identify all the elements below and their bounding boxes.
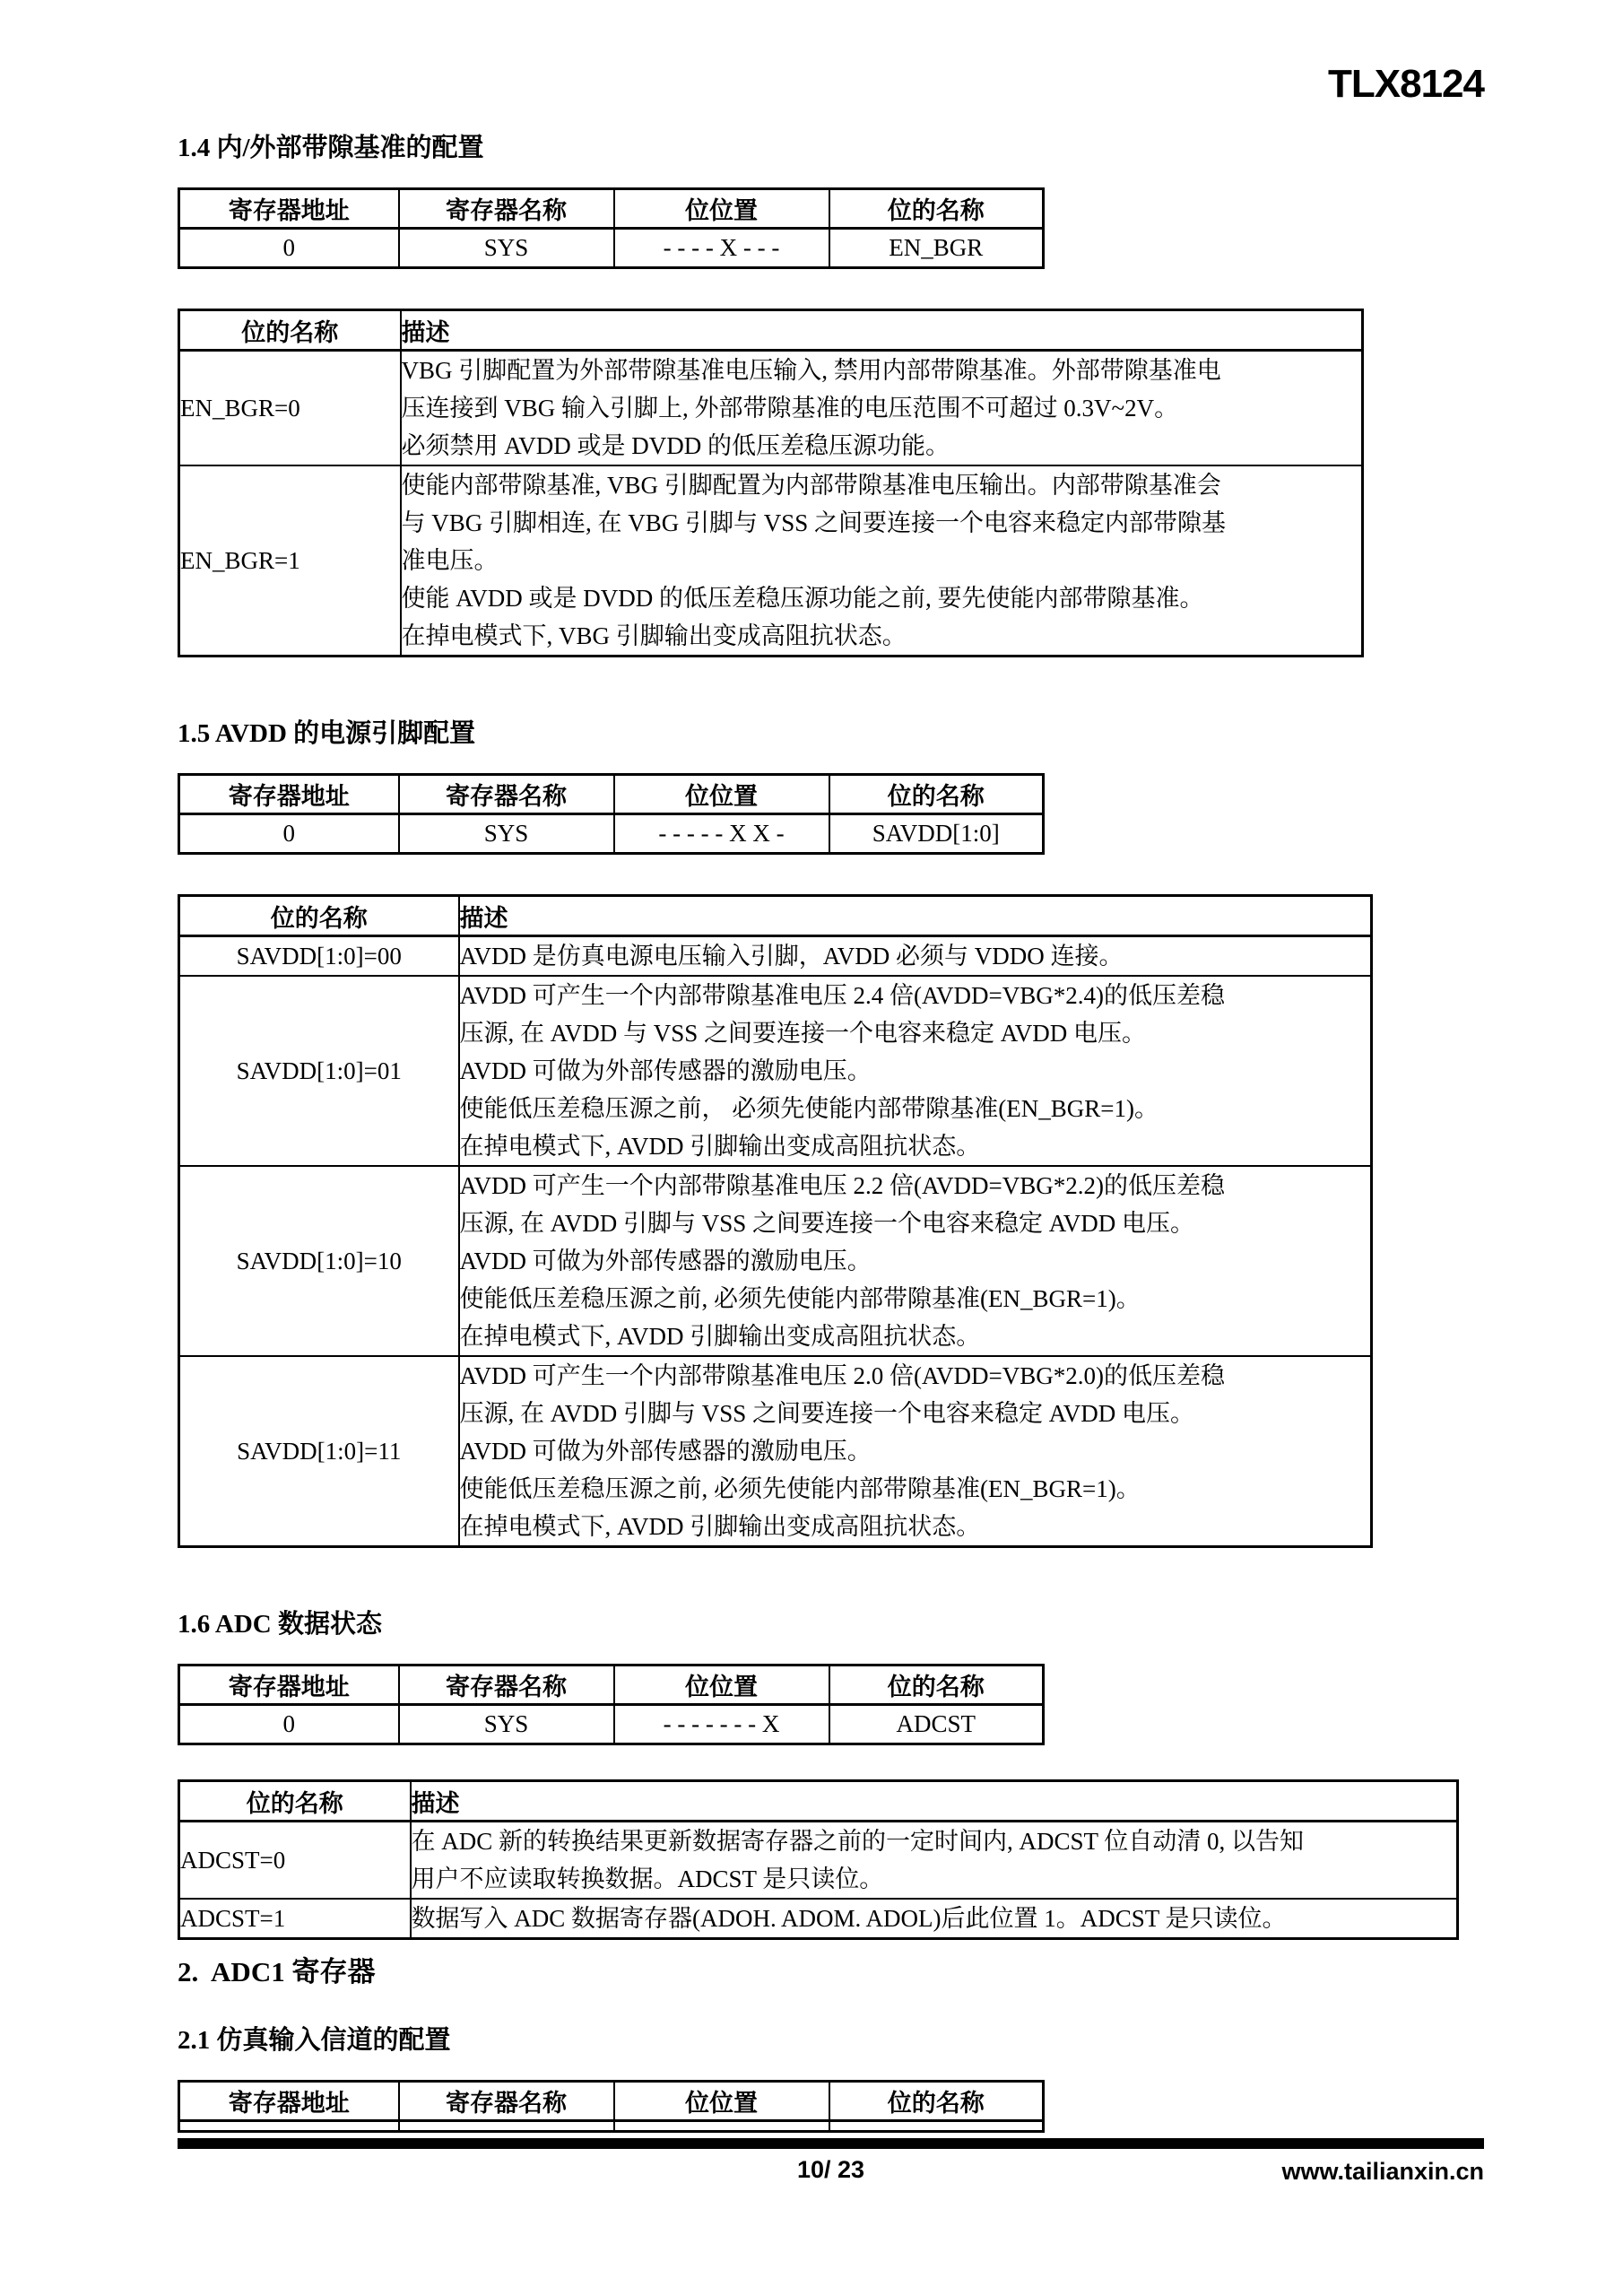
table-header-row: 位的名称 描述	[179, 1781, 1458, 1822]
table-row: 0 SYS - - - - X - - - EN_BGR	[179, 229, 1044, 268]
section-1-5: 1.5 AVDD 的电源引脚配置 寄存器地址 寄存器名称 位位置 位的名称 0 …	[178, 713, 1487, 1548]
empty-cell	[614, 2121, 829, 2132]
col-header-bit-position: 位位置	[614, 189, 829, 229]
bit-position-cell: - - - - - X X -	[614, 814, 829, 854]
reg-address-cell: 0	[179, 1705, 399, 1744]
table-row: SAVDD[1:0]=11 AVDD 可产生一个内部带隙基准电压 2.0 倍(A…	[179, 1356, 1372, 1547]
bit-name-cell: SAVDD[1:0]	[829, 814, 1044, 854]
col-header-bit-name: 位的名称	[179, 896, 459, 936]
col-header-bit-name: 位的名称	[829, 2082, 1044, 2121]
reg-name-cell: SYS	[399, 1705, 614, 1744]
website-url: www.tailianxin.cn	[1281, 2158, 1484, 2186]
bit-value-cell: SAVDD[1:0]=11	[179, 1356, 459, 1547]
page-content: TLX8124 1.4 内/外部带隙基准的配置 寄存器地址 寄存器名称 位位置 …	[178, 0, 1487, 2192]
section-1-5-title: 1.5 AVDD 的电源引脚配置	[178, 713, 1487, 750]
col-header-description: 描述	[411, 1781, 1458, 1822]
bit-position-cell: - - - - X - - -	[614, 229, 829, 268]
table-row: SAVDD[1:0]=00 AVDD 是仿真电源电压输入引脚，AVDD 必须与 …	[179, 936, 1372, 977]
section-1-4: 1.4 内/外部带隙基准的配置 寄存器地址 寄存器名称 位位置 位的名称 0 S…	[178, 127, 1487, 657]
description-table-1-4: 位的名称 描述 EN_BGR=0 VBG 引脚配置为外部带隙基准电压输入, 禁用…	[178, 309, 1364, 657]
description-cell: AVDD 可产生一个内部带隙基准电压 2.0 倍(AVDD=VBG*2.0)的低…	[459, 1356, 1372, 1547]
bit-value-cell: ADCST=1	[179, 1899, 411, 1939]
col-header-bit-position: 位位置	[614, 1665, 829, 1705]
table-header-row: 寄存器地址 寄存器名称 位位置 位的名称	[179, 189, 1044, 229]
empty-cell	[179, 2121, 399, 2132]
table-row: 0 SYS - - - - - - - X ADCST	[179, 1705, 1044, 1744]
register-table-1-5: 寄存器地址 寄存器名称 位位置 位的名称 0 SYS - - - - - X X…	[178, 773, 1045, 855]
empty-cell	[399, 2121, 614, 2132]
register-table-1-6: 寄存器地址 寄存器名称 位位置 位的名称 0 SYS - - - - - - -…	[178, 1664, 1045, 1745]
section-1-4-title: 1.4 内/外部带隙基准的配置	[178, 127, 1487, 164]
document-page: TLX8124 1.4 内/外部带隙基准的配置 寄存器地址 寄存器名称 位位置 …	[0, 0, 1623, 2296]
empty-cell	[829, 2121, 1044, 2132]
description-cell: AVDD 是仿真电源电压输入引脚，AVDD 必须与 VDDO 连接。	[459, 936, 1372, 977]
footer-divider-bar	[178, 2138, 1484, 2149]
description-cell: AVDD 可产生一个内部带隙基准电压 2.4 倍(AVDD=VBG*2.4)的低…	[459, 976, 1372, 1166]
table-row-cutoff	[179, 2121, 1044, 2132]
col-header-reg-name: 寄存器名称	[399, 1665, 614, 1705]
section-1-6: 1.6 ADC 数据状态 寄存器地址 寄存器名称 位位置 位的名称 0 SYS …	[178, 1604, 1487, 1940]
table-row: 0 SYS - - - - - X X - SAVDD[1:0]	[179, 814, 1044, 854]
bit-value-cell: EN_BGR=0	[179, 351, 401, 466]
table-row: EN_BGR=1 使能内部带隙基准, VBG 引脚配置为内部带隙基准电压输出。内…	[179, 465, 1363, 657]
col-header-reg-address: 寄存器地址	[179, 189, 399, 229]
col-header-bit-name: 位的名称	[829, 1665, 1044, 1705]
bit-value-cell: EN_BGR=1	[179, 465, 401, 657]
bit-value-cell: SAVDD[1:0]=01	[179, 976, 459, 1166]
col-header-reg-name: 寄存器名称	[399, 775, 614, 814]
table-row: SAVDD[1:0]=01 AVDD 可产生一个内部带隙基准电压 2.4 倍(A…	[179, 976, 1372, 1166]
description-cell: 在 ADC 新的转换结果更新数据寄存器之前的一定时间内, ADCST 位自动清 …	[411, 1822, 1458, 1900]
footer: 10/ 23 www.tailianxin.cn	[178, 2152, 1484, 2192]
col-header-reg-address: 寄存器地址	[179, 2082, 399, 2121]
header-row: TLX8124	[178, 0, 1484, 106]
bit-position-cell: - - - - - - - X	[614, 1705, 829, 1744]
section-2-1-title: 2.1 仿真输入信道的配置	[178, 2020, 1487, 2057]
table-header-row: 寄存器地址 寄存器名称 位位置 位的名称	[179, 1665, 1044, 1705]
table-header-row: 寄存器地址 寄存器名称 位位置 位的名称	[179, 775, 1044, 814]
col-header-reg-name: 寄存器名称	[399, 189, 614, 229]
table-row: ADCST=0 在 ADC 新的转换结果更新数据寄存器之前的一定时间内, ADC…	[179, 1822, 1458, 1900]
col-header-description: 描述	[459, 896, 1372, 936]
bit-name-cell: EN_BGR	[829, 229, 1044, 268]
bit-value-cell: ADCST=0	[179, 1822, 411, 1900]
bit-value-cell: SAVDD[1:0]=10	[179, 1166, 459, 1356]
description-table-1-6: 位的名称 描述 ADCST=0 在 ADC 新的转换结果更新数据寄存器之前的一定…	[178, 1779, 1459, 1940]
bit-name-cell: ADCST	[829, 1705, 1044, 1744]
bit-value-cell: SAVDD[1:0]=00	[179, 936, 459, 977]
reg-name-cell: SYS	[399, 229, 614, 268]
table-row: ADCST=1 数据写入 ADC 数据寄存器(ADOH. ADOM. ADOL)…	[179, 1899, 1458, 1939]
col-header-reg-address: 寄存器地址	[179, 1665, 399, 1705]
description-cell: 使能内部带隙基准, VBG 引脚配置为内部带隙基准电压输出。内部带隙基准会 与 …	[401, 465, 1363, 657]
section-2-title: 2. ADC1 寄存器	[178, 1949, 1487, 1989]
col-header-bit-name: 位的名称	[829, 775, 1044, 814]
col-header-bit-position: 位位置	[614, 775, 829, 814]
section-1-6-title: 1.6 ADC 数据状态	[178, 1604, 1487, 1640]
table-row: EN_BGR=0 VBG 引脚配置为外部带隙基准电压输入, 禁用内部带隙基准。外…	[179, 351, 1363, 466]
col-header-reg-address: 寄存器地址	[179, 775, 399, 814]
col-header-description: 描述	[401, 310, 1363, 351]
col-header-bit-name: 位的名称	[179, 310, 401, 351]
col-header-bit-position: 位位置	[614, 2082, 829, 2121]
col-header-bit-name: 位的名称	[179, 1781, 411, 1822]
description-cell: AVDD 可产生一个内部带隙基准电压 2.2 倍(AVDD=VBG*2.2)的低…	[459, 1166, 1372, 1356]
description-cell: 数据写入 ADC 数据寄存器(ADOH. ADOM. ADOL)后此位置 1。A…	[411, 1899, 1458, 1939]
reg-address-cell: 0	[179, 814, 399, 854]
col-header-reg-name: 寄存器名称	[399, 2082, 614, 2121]
description-cell: VBG 引脚配置为外部带隙基准电压输入, 禁用内部带隙基准。外部带隙基准电 压连…	[401, 351, 1363, 466]
table-header-row: 位的名称 描述	[179, 896, 1372, 936]
table-row: SAVDD[1:0]=10 AVDD 可产生一个内部带隙基准电压 2.2 倍(A…	[179, 1166, 1372, 1356]
table-header-row: 寄存器地址 寄存器名称 位位置 位的名称	[179, 2082, 1044, 2121]
table-header-row: 位的名称 描述	[179, 310, 1363, 351]
reg-name-cell: SYS	[399, 814, 614, 854]
col-header-bit-name: 位的名称	[829, 189, 1044, 229]
register-table-2-1: 寄存器地址 寄存器名称 位位置 位的名称	[178, 2080, 1045, 2133]
description-table-1-5: 位的名称 描述 SAVDD[1:0]=00 AVDD 是仿真电源电压输入引脚，A…	[178, 894, 1373, 1548]
brand-title: TLX8124	[1328, 62, 1484, 106]
register-table-1-4: 寄存器地址 寄存器名称 位位置 位的名称 0 SYS - - - - X - -…	[178, 187, 1045, 269]
reg-address-cell: 0	[179, 229, 399, 268]
